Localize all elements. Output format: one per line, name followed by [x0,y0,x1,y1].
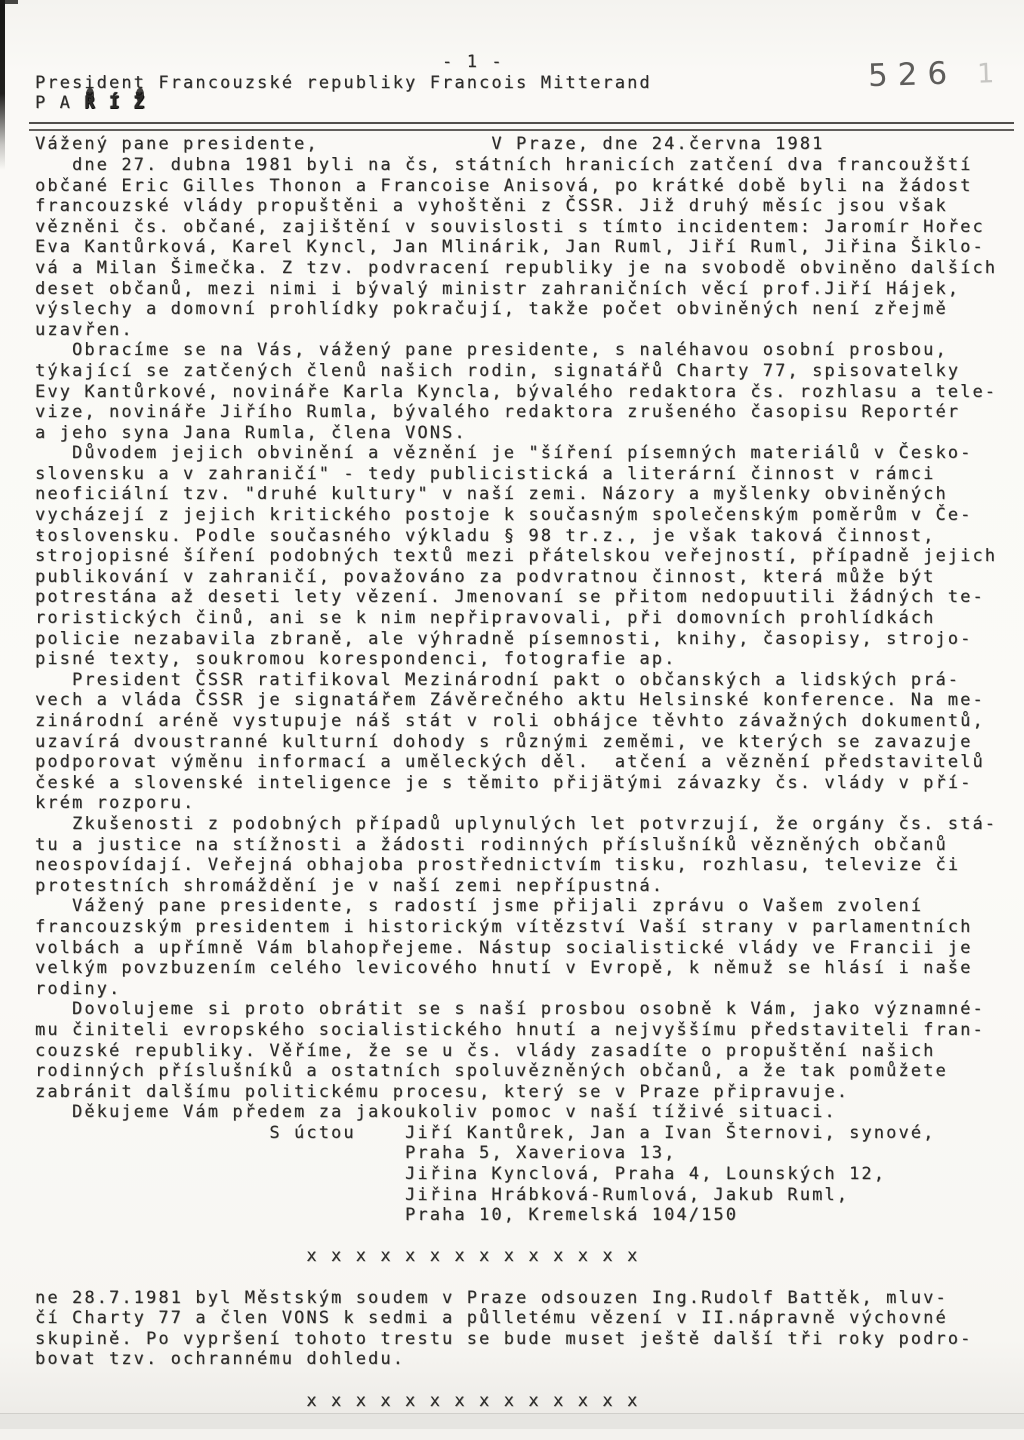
text-line: President ČSSR ratifikoval Mezinárodní p… [35,670,1020,691]
text-line: Zkušenosti z podobných případů uplynulýc… [35,814,1020,835]
text-line: pisné texty, soukromou korespondenci, fo… [35,649,1020,670]
text-line: uzavírá dvoustranné kulturní dohody s rů… [35,732,1020,753]
text-line: Praha 10, Kremelská 104/150 [35,1205,1020,1226]
text-line: Dovolujeme si proto obrátit se s naší pr… [35,999,1020,1020]
text-line: Vážený pane presidente, V Praze, dne 24.… [35,134,1020,155]
text-line: zabránit dalšímu politickému procesu, kt… [35,1082,1020,1103]
text-line: francouzské vlády propuštěni a vyhoštěni… [35,196,1020,217]
text-line: Evy Kantůrkové, novináře Karla Kyncla, b… [35,382,1020,403]
scan-artifact [0,0,5,170]
text-line: vize, novináře Jiřího Rumla, bývalého re… [35,402,1020,423]
text-line: couzské republiky. Věříme, že se u čs. v… [35,1041,1020,1062]
text-line: vězněni čs. občané, zajištění v souvislo… [35,217,1020,238]
text-line: dne 27. dubna 1981 byli na čs, státních … [35,155,1020,176]
text-line: české a slovenské inteligence je s těmit… [35,773,1020,794]
text-line: občané Eric Gilles Thonon a Francoise An… [35,176,1020,197]
divider-rule [35,114,1020,135]
text-line: Vážený pane presidente, s radostí jsme p… [35,896,1020,917]
text-line: francouzským presidentem i historickým v… [35,917,1020,938]
scan-artifact [0,1429,1024,1440]
text-line: uzavřen. [35,320,1020,341]
text-line: rodinných příslušníků a ostatních spoluv… [35,1061,1020,1082]
text-line: - 1 - [35,52,1020,73]
text-line: vá a Milan Šimečka. Z tzv. podvracení re… [35,258,1020,279]
text-line: a jeho syna Jana Rumla, člena VONS. [35,423,1020,444]
text-line: ne 28.7.1981 byl Městským soudem v Praze… [35,1288,1020,1309]
text-line: krém rozporu. [35,793,1020,814]
text-line: ŧoslovensku. Podle současného výkladu § … [35,526,1020,547]
scan-artifact [0,0,18,4]
text-line [35,1370,1020,1391]
text-line: deset občanů, mezi nimi i bývalý ministr… [35,279,1020,300]
text-line: Děkujeme Vám předem za jakoukoliv pomoc … [35,1102,1020,1123]
text-line: výslechy a domovní prohlídky pokračují, … [35,299,1020,320]
text-line: vycházejí z jejich kritického postoje k … [35,505,1020,526]
scanned-letter-page: 526 1 - 1 -President Francouzské republi… [0,0,1024,1440]
text-line: P A Ř Í Ž [35,93,1020,114]
text-line: bovat tzv. ochrannému dohledu. [35,1349,1020,1370]
overstruck-text: Ř Í Ž [84,93,146,113]
text-line: President Francouzské republiky Francois… [35,73,1020,94]
text-line [35,1267,1020,1288]
text-line: mu činiteli evropského socialistického h… [35,1020,1020,1041]
text-line: policie nezabavila zbraně, ale výhradně … [35,629,1020,650]
text-line: publikování v zahraničí, považováno za p… [35,567,1020,588]
text-line: tu a justice na stížnosti a žádosti rodi… [35,835,1020,856]
text-line: roristických činů, ani se k nim nepřipra… [35,608,1020,629]
divider-rule-bar [29,122,1014,131]
text-line: Obracíme se na Vás, vážený pane presiden… [35,340,1020,361]
text-line: potrestána až deseti lety vězení. Jmenov… [35,587,1020,608]
text-line: velkým povzbuzením celého levicového hnu… [35,958,1020,979]
text-line: Důvodem jejich obvinění a věznění je "ší… [35,443,1020,464]
text-line: skupině. Po vypršení tohoto trestu se bu… [35,1329,1020,1350]
text-line [35,1226,1020,1247]
text-line: rodiny. [35,979,1020,1000]
text-line: S úctou Jiří Kantůrek, Jan a Ivan Šterno… [35,1123,1020,1144]
text-line: protestních shromáždění je v naší zemi n… [35,876,1020,897]
text-line: týkající se zatčených členů našich rodin… [35,361,1020,382]
scan-artifact [0,1414,1024,1429]
text-line: vech a vláda ČSSR je signatářem Závěrečn… [35,690,1020,711]
text-line: neospovídají. Veřejná obhajoba prostředn… [35,855,1020,876]
text-line: Eva Kantůrková, Karel Kyncl, Jan Mlinári… [35,237,1020,258]
letter-lines: - 1 -President Francouzské republiky Fra… [35,52,1020,1411]
text-line: čí Charty 77 a člen VONS k sedmi a půlle… [35,1308,1020,1329]
text-line: zinárodní aréně vystupuje náš stát v rol… [35,711,1020,732]
text-line: Jiřina Hrábková-Rumlová, Jakub Ruml, [35,1185,1020,1206]
text-line: x x x x x x x x x x x x x x [35,1391,1020,1412]
text-line: Praha 5, Xaveriova 13, [35,1143,1020,1164]
text-line: Jiřina Kynclová, Praha 4, Lounských 12, [35,1164,1020,1185]
text-line: strojopisné šíření podobných textů mezi … [35,546,1020,567]
text-line: slovensku a v zahraničí" - tedy publicis… [35,464,1020,485]
text-line: volbách a upřímně Vám blahopřejeme. Nást… [35,938,1020,959]
text-line: neoficiální tzv. "druhé kultury" v naší … [35,484,1020,505]
text-line: x x x x x x x x x x x x x x [35,1246,1020,1267]
text-line: podporovat výměnu informací a uměleckých… [35,752,1020,773]
